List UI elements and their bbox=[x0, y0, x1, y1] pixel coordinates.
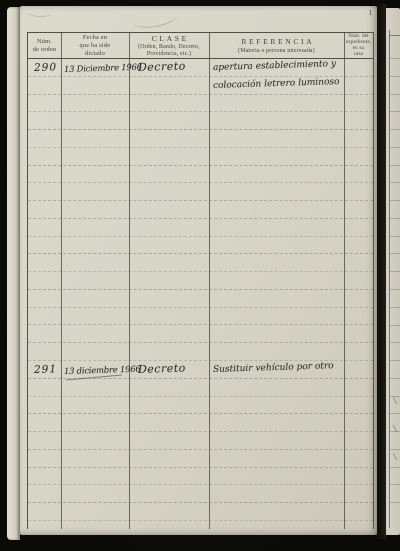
next-page-row-line bbox=[390, 147, 400, 148]
next-page-row-line bbox=[390, 484, 400, 485]
pen-mark bbox=[26, 6, 53, 18]
next-page-row-line bbox=[390, 253, 400, 254]
next-page-row-line bbox=[390, 289, 400, 290]
next-page-row-line bbox=[390, 58, 400, 59]
entry-291-num: 291 bbox=[34, 363, 57, 376]
next-page-header-line bbox=[389, 35, 400, 36]
next-page-row-line bbox=[390, 325, 400, 326]
next-page-writing-mark bbox=[393, 397, 398, 404]
next-page-row-line bbox=[390, 342, 400, 343]
next-page-edge bbox=[386, 8, 400, 535]
next-page-row-line bbox=[390, 431, 400, 432]
next-page-row-line bbox=[390, 449, 400, 450]
next-page-row-line bbox=[390, 165, 400, 166]
scanned-register-spread: 1 Núm.de ordenFecha enque ha sidodictado… bbox=[0, 0, 400, 551]
next-page-row-line bbox=[390, 378, 400, 379]
next-page-row-line bbox=[390, 200, 400, 201]
next-page-row-line bbox=[390, 502, 400, 503]
entry-291-fecha: 13 diciembre 1966 bbox=[64, 364, 141, 376]
next-page-row-line bbox=[390, 307, 400, 308]
next-page-row-line bbox=[390, 413, 400, 414]
next-page-row-line bbox=[390, 111, 400, 112]
book-gutter-shadow bbox=[377, 4, 386, 539]
next-page-row-line bbox=[390, 182, 400, 183]
entry-290-clase: Decreto bbox=[138, 60, 186, 74]
left-page-edge bbox=[7, 7, 20, 540]
next-page-row-line bbox=[390, 129, 400, 130]
next-page-row-line bbox=[390, 360, 400, 361]
next-page-row-line bbox=[390, 76, 400, 77]
next-page-row-line bbox=[390, 467, 400, 468]
entry-290-num: 290 bbox=[34, 61, 57, 74]
entry-291-clase: Decreto bbox=[138, 362, 186, 376]
next-page-writing-mark bbox=[393, 453, 398, 460]
entry-290-referencia: colocación letrero luminoso bbox=[213, 77, 340, 91]
entry-291-referencia: Sustituir vehículo por otro bbox=[213, 361, 334, 375]
handwritten-entries: 29013 Diciembre 1966Decretoapertura esta… bbox=[28, 33, 373, 529]
entry-290-referencia: apertura establecimiento y bbox=[213, 59, 336, 73]
next-page-row-line bbox=[390, 94, 400, 95]
page-number: 1 bbox=[369, 9, 373, 17]
register-page: 1 Núm.de ordenFecha enque ha sidodictado… bbox=[20, 6, 377, 535]
entry-290-fecha: 13 Diciembre 1966 bbox=[64, 62, 142, 74]
next-page-row-line bbox=[390, 218, 400, 219]
next-page-row-line bbox=[390, 236, 400, 237]
next-page-table-border bbox=[389, 30, 390, 528]
next-page-row-line bbox=[390, 271, 400, 272]
register-table: Núm.de ordenFecha enque ha sidodictadoCL… bbox=[27, 32, 374, 529]
pen-mark bbox=[131, 6, 179, 29]
